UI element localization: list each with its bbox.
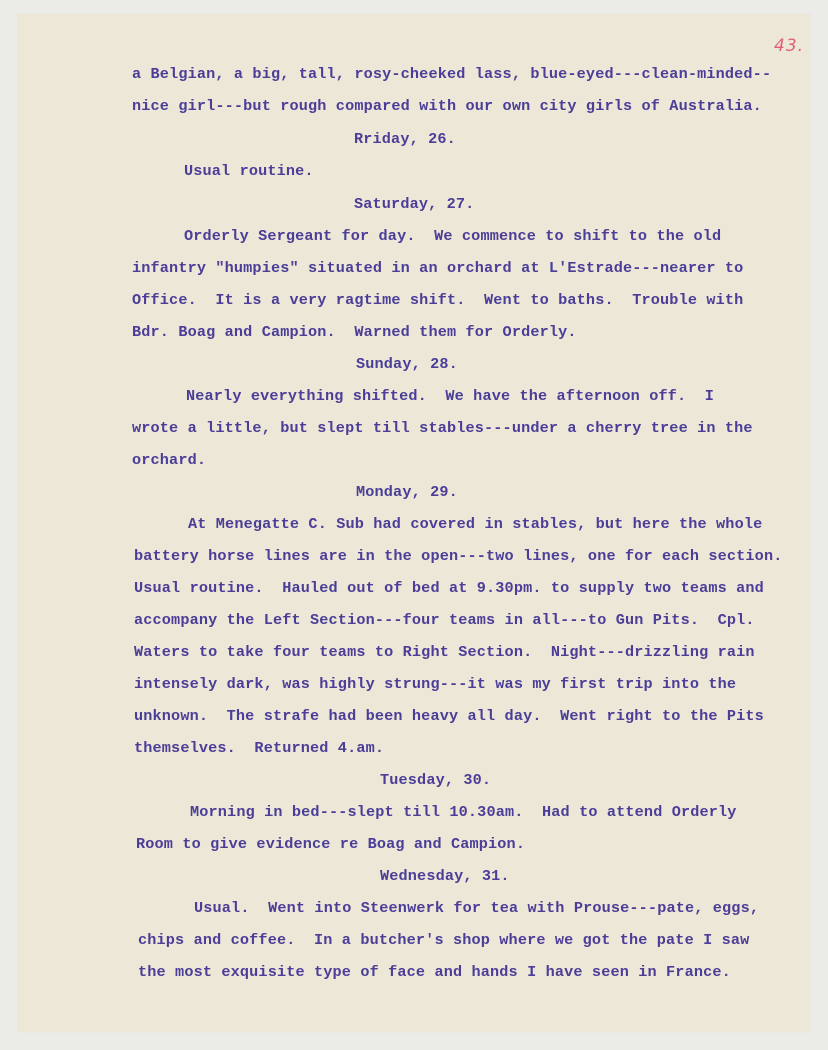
body-line: themselves. Returned 4.am.: [134, 738, 384, 758]
paragraph-start-line: Morning in bed---slept till 10.30am. Had…: [190, 802, 737, 822]
body-line: a Belgian, a big, tall, rosy-cheeked las…: [132, 64, 771, 84]
date-heading-saturday: Saturday, 27.: [354, 194, 474, 214]
typewritten-page: 43. a Belgian, a big, tall, rosy-cheeked…: [18, 14, 810, 1032]
body-line: chips and coffee. In a butcher's shop wh…: [138, 930, 749, 950]
body-line: orchard.: [132, 450, 206, 470]
body-line: accompany the Left Section---four teams …: [134, 610, 755, 630]
date-heading-friday: Rriday, 26.: [354, 129, 456, 149]
body-line: Bdr. Boag and Campion. Warned them for O…: [132, 322, 577, 342]
body-line: wrote a little, but slept till stables--…: [132, 418, 753, 438]
body-line: Office. It is a very ragtime shift. Went…: [132, 290, 743, 310]
paragraph-start-line: Orderly Sergeant for day. We commence to…: [184, 226, 721, 246]
handwritten-page-number: 43.: [774, 36, 804, 56]
paragraph-start-line: Usual. Went into Steenwerk for tea with …: [194, 898, 759, 918]
body-line: the most exquisite type of face and hand…: [138, 962, 731, 982]
paragraph-start-line: At Menegatte C. Sub had covered in stabl…: [188, 514, 762, 534]
date-heading-sunday: Sunday, 28.: [356, 354, 458, 374]
body-line: unknown. The strafe had been heavy all d…: [134, 706, 764, 726]
paragraph-start-line: Usual routine.: [184, 161, 314, 181]
body-line: battery horse lines are in the open---tw…: [134, 546, 782, 566]
date-heading-monday: Monday, 29.: [356, 482, 458, 502]
body-line: nice girl---but rough compared with our …: [132, 96, 762, 116]
body-line: intensely dark, was highly strung---it w…: [134, 674, 736, 694]
body-line: Room to give evidence re Boag and Campio…: [136, 834, 525, 854]
date-heading-wednesday: Wednesday, 31.: [380, 866, 510, 886]
body-line: infantry "humpies" situated in an orchar…: [132, 258, 743, 278]
date-heading-tuesday: Tuesday, 30.: [380, 770, 491, 790]
body-line: Waters to take four teams to Right Secti…: [134, 642, 755, 662]
paragraph-start-line: Nearly everything shifted. We have the a…: [186, 386, 714, 406]
body-line: Usual routine. Hauled out of bed at 9.30…: [134, 578, 764, 598]
